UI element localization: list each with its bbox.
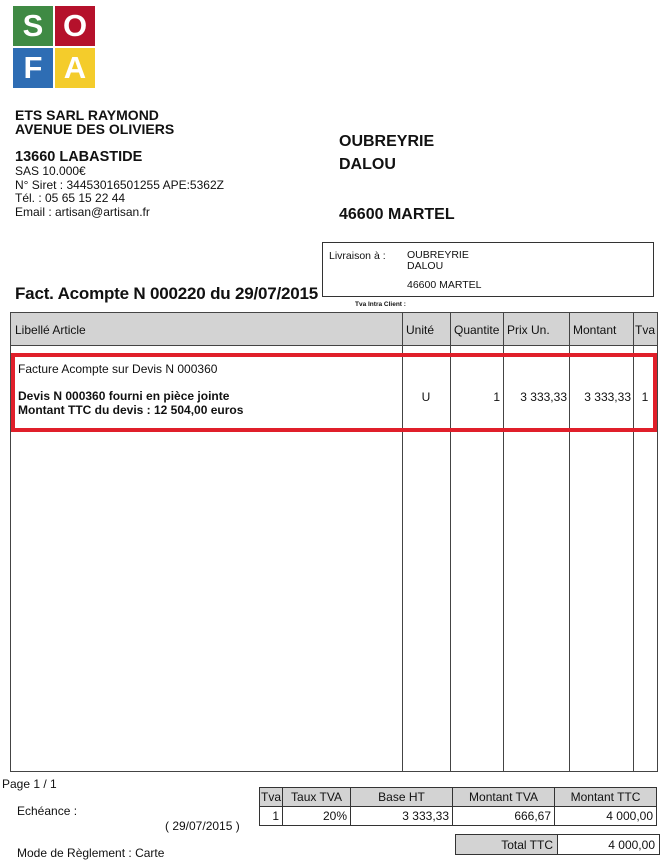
company-city: 13660 LABASTIDE	[15, 150, 315, 165]
delivery-address: OUBREYRIE DALOU 46600 MARTEL	[407, 250, 482, 291]
tva-header-taux: Taux TVA	[283, 788, 351, 807]
tva-header-base: Base HT	[351, 788, 453, 807]
header-montant: Montant	[569, 313, 633, 346]
tva-value-taux: 20%	[283, 807, 351, 826]
page-number: Page 1 / 1	[2, 777, 57, 791]
total-table: Total TTC 4 000,00	[455, 834, 660, 855]
tva-header-montant-tva: Montant TVA	[453, 788, 555, 807]
tva-header-tva: Tva	[260, 788, 283, 807]
tva-value-tva: 1	[260, 807, 283, 826]
delivery-line2: DALOU	[407, 261, 482, 272]
logo-tile-a: A	[55, 48, 95, 88]
company-name: ETS SARL RAYMOND	[15, 108, 315, 122]
company-email: Email : artisan@artisan.fr	[15, 206, 315, 220]
company-capital: SAS 10.000€	[15, 165, 315, 179]
document-title: Fact. Acompte N 000220 du 29/07/2015	[15, 284, 318, 304]
echeance-label: Echéance :	[17, 804, 77, 818]
delivery-label: Livraison à :	[329, 250, 386, 262]
tva-summary-table: Tva Taux TVA Base HT Montant TVA Montant…	[259, 787, 657, 826]
total-value: 4 000,00	[558, 835, 660, 855]
logo-tile-o: O	[55, 6, 95, 46]
company-info: ETS SARL RAYMOND AVENUE DES OLIVIERS 136…	[15, 108, 315, 219]
header-tva: Tva	[633, 313, 659, 346]
highlight-box	[11, 353, 657, 432]
logo-tile-f: F	[13, 48, 53, 88]
delivery-box: Livraison à : OUBREYRIE DALOU 46600 MART…	[322, 242, 654, 297]
tva-value-montant-ttc: 4 000,00	[555, 807, 657, 826]
tva-intra-label: Tva Intra Client :	[355, 301, 406, 308]
client-address: OUBREYRIE DALOU 46600 MARTEL	[339, 130, 455, 226]
company-logo: S O F A	[13, 6, 96, 89]
company-siret: N° Siret : 34453016501255 APE:5362Z	[15, 179, 315, 193]
logo-tile-s: S	[13, 6, 53, 46]
delivery-zip-city: 46600 MARTEL	[407, 280, 482, 291]
company-street: AVENUE DES OLIVIERS	[15, 122, 315, 136]
client-zip-city: 46600 MARTEL	[339, 203, 455, 226]
client-line2: DALOU	[339, 153, 455, 176]
tva-value-montant-tva: 666,67	[453, 807, 555, 826]
header-quantite: Quantite	[450, 313, 503, 346]
tva-header-montant-ttc: Montant TTC	[555, 788, 657, 807]
total-label: Total TTC	[456, 835, 558, 855]
client-line1: OUBREYRIE	[339, 130, 455, 153]
tva-value-base: 3 333,33	[351, 807, 453, 826]
header-prix-un: Prix Un.	[503, 313, 569, 346]
echeance-date: ( 29/07/2015 )	[165, 819, 240, 833]
header-unite: Unité	[402, 313, 450, 346]
company-phone: Tél. : 05 65 15 22 44	[15, 192, 315, 206]
header-libelle: Libellé Article	[11, 313, 402, 346]
payment-method: Mode de Règlement : Carte	[17, 846, 164, 860]
